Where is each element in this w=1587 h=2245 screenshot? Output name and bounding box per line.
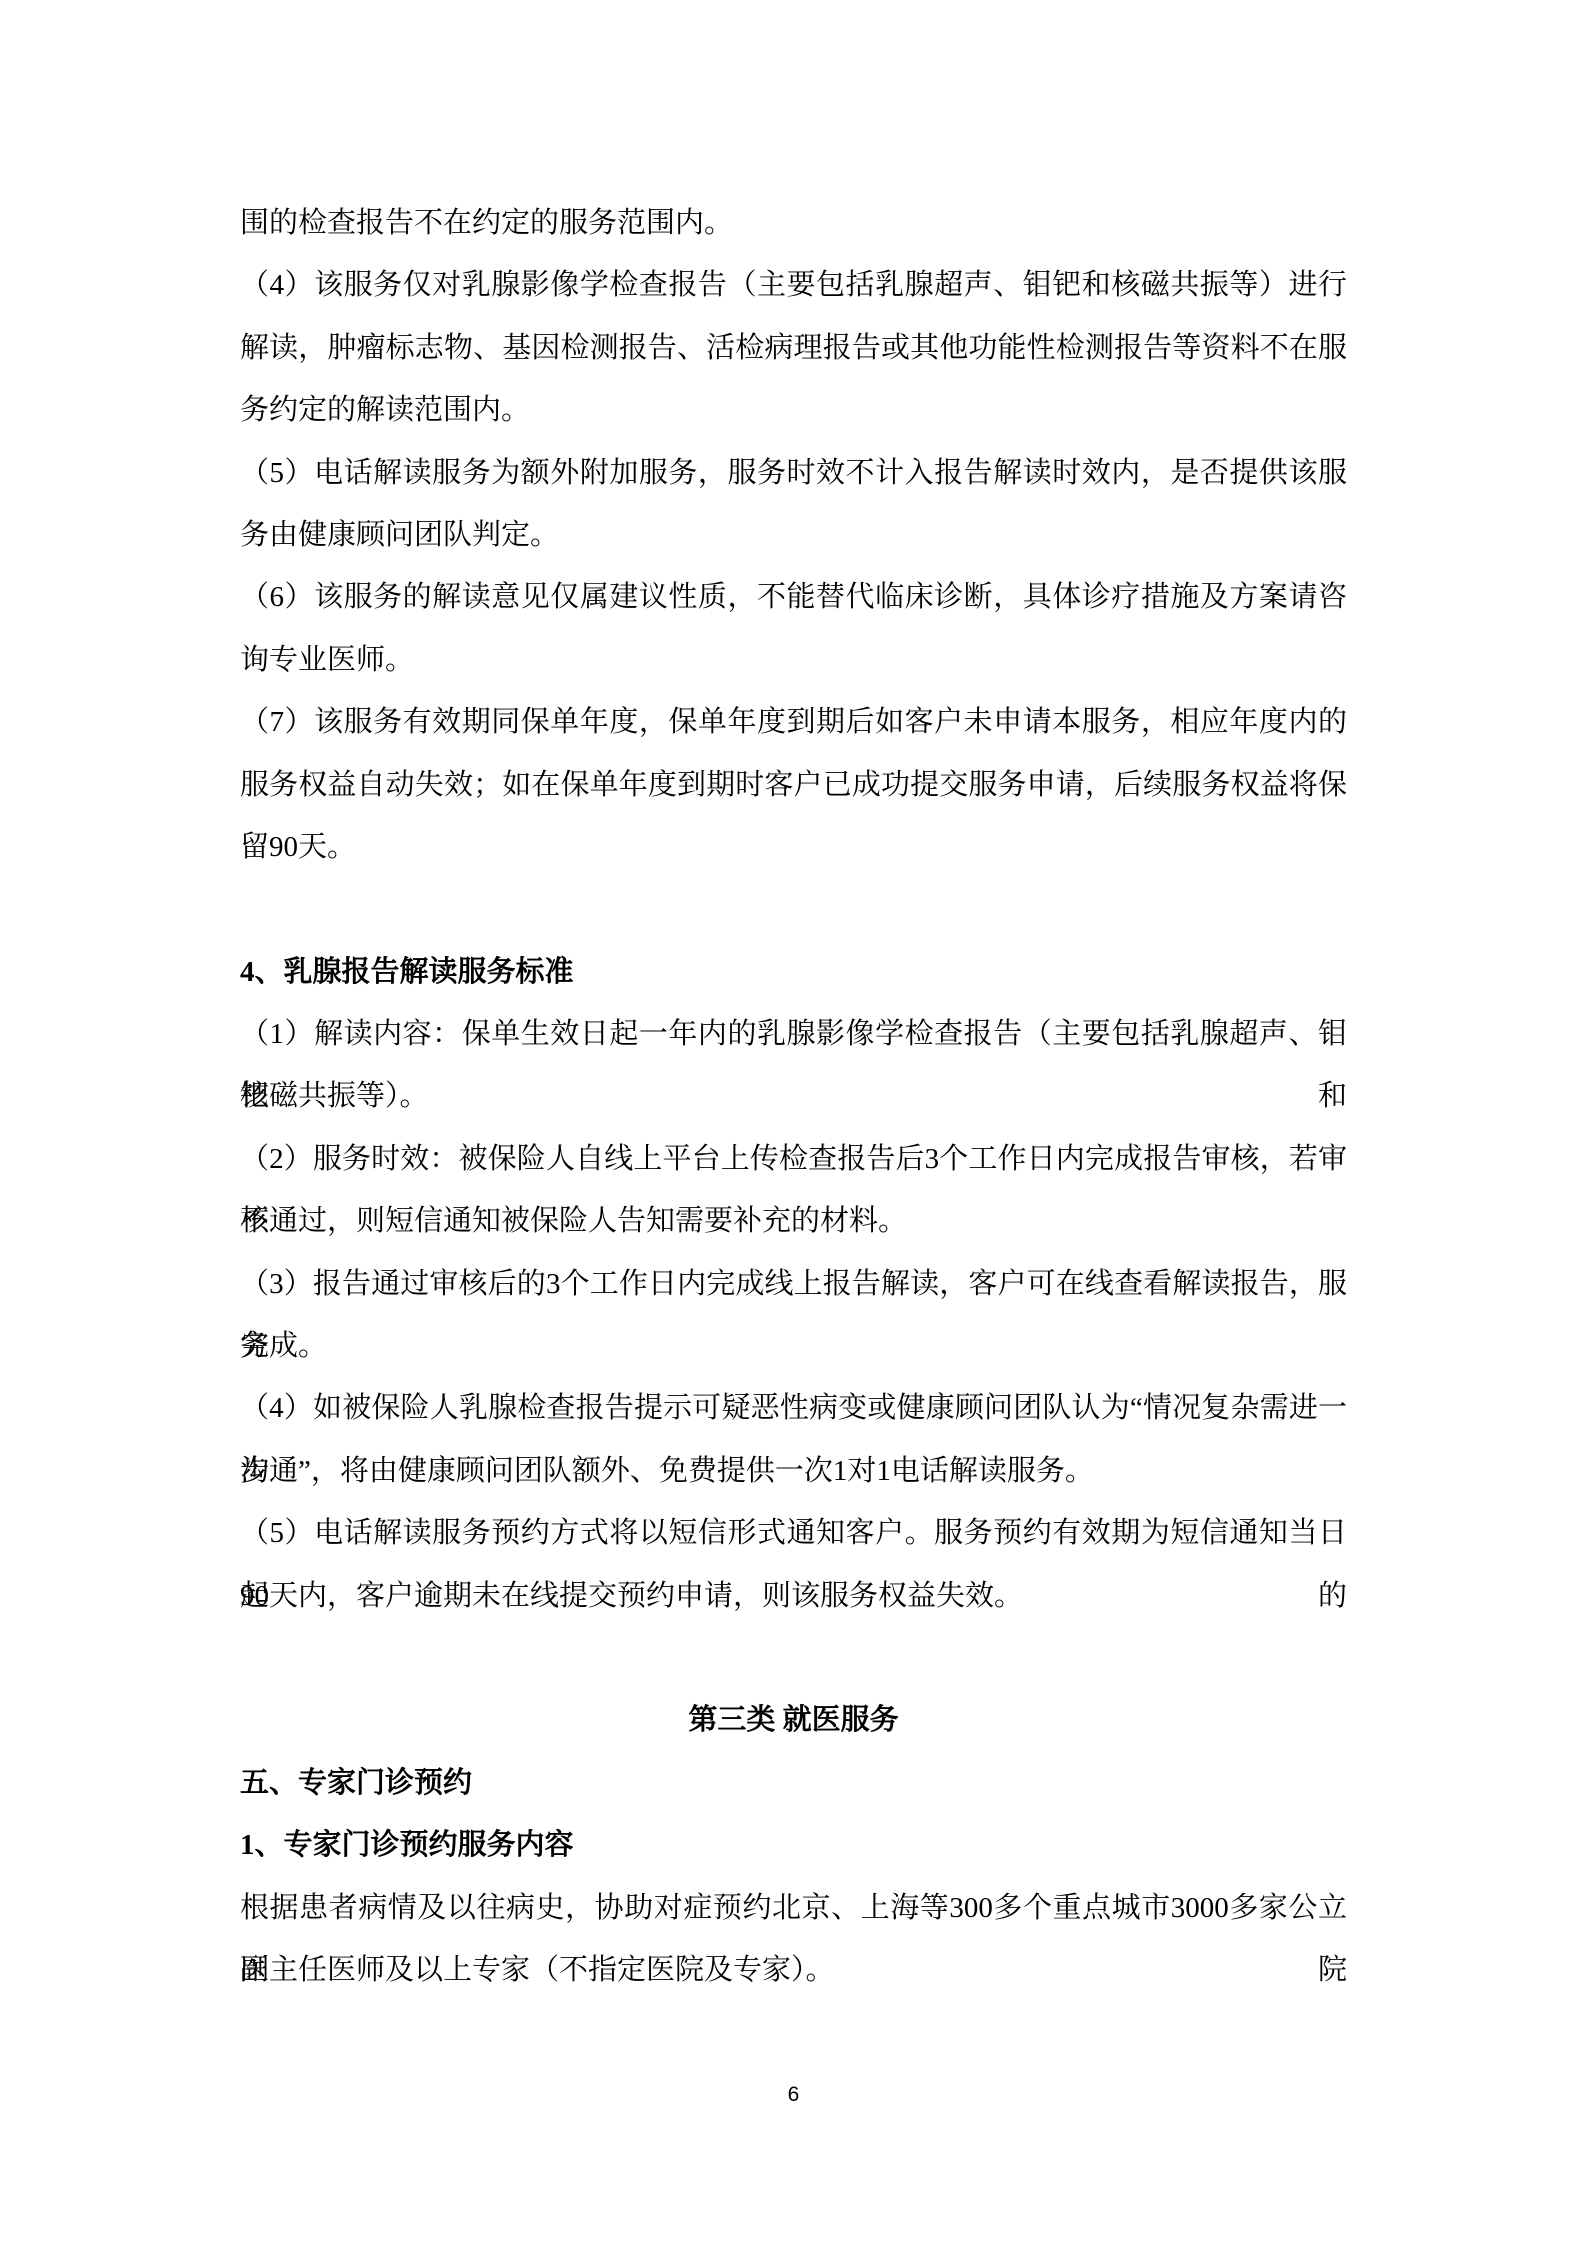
text-line: 沟通”，将由健康顾问团队额外、免费提供一次1对1电话解读服务。 [240, 1440, 1347, 1502]
text-line: 不通过，则短信通知被保险人告知需要补充的材料。 [240, 1190, 1347, 1252]
document-page: 围的检查报告不在约定的服务范围内。（4）该服务仅对乳腺影像学检查报告（主要包括乳… [0, 0, 1587, 2245]
text-line: 根据患者病情及以往病史，协助对症预约北京、上海等300多个重点城市3000多家公… [240, 1877, 1347, 1939]
text-line: （1）解读内容：保单生效日起一年内的乳腺影像学检查报告（主要包括乳腺超声、钼钯和 [240, 1003, 1347, 1065]
text-line: 第三类 就医服务 [240, 1689, 1347, 1751]
text-line: （5）电话解读服务为额外附加服务，服务时效不计入报告解读时效内，是否提供该服 [240, 442, 1347, 504]
page-number: 6 [0, 2082, 1587, 2108]
text-line: （7）该服务有效期同保单年度，保单年度到期后如客户未申请本服务，相应年度内的 [240, 691, 1347, 753]
blank-line [240, 878, 1347, 940]
text-line: （2）服务时效：被保险人自线上平台上传检查报告后3个工作日内完成报告审核，若审核 [240, 1128, 1347, 1190]
text-line: 围的检查报告不在约定的服务范围内。 [240, 192, 1347, 254]
text-line: 1、专家门诊预约服务内容 [240, 1814, 1347, 1876]
text-line: 服务权益自动失效；如在保单年度到期时客户已成功提交服务申请，后续服务权益将保 [240, 754, 1347, 816]
text-line: 解读，肿瘤标志物、基因检测报告、活检病理报告或其他功能性检测报告等资料不在服 [240, 317, 1347, 379]
text-line: 五、专家门诊预约 [240, 1752, 1347, 1814]
text-line: 留90天。 [240, 816, 1347, 878]
text-line: （4）该服务仅对乳腺影像学检查报告（主要包括乳腺超声、钼钯和核磁共振等）进行 [240, 254, 1347, 316]
text-line: （5）电话解读服务预约方式将以短信形式通知客户。服务预约有效期为短信通知当日起的 [240, 1502, 1347, 1564]
text-line: 务约定的解读范围内。 [240, 379, 1347, 441]
text-line: 完成。 [240, 1315, 1347, 1377]
text-line: 务由健康顾问团队判定。 [240, 504, 1347, 566]
text-line: 4、乳腺报告解读服务标准 [240, 941, 1347, 1003]
text-line: 询专业医师。 [240, 629, 1347, 691]
text-line: （3）报告通过审核后的3个工作日内完成线上报告解读，客户可在线查看解读报告，服务 [240, 1253, 1347, 1315]
text-line: （6）该服务的解读意见仅属建议性质，不能替代临床诊断，具体诊疗措施及方案请咨 [240, 566, 1347, 628]
document-body: 围的检查报告不在约定的服务范围内。（4）该服务仅对乳腺影像学检查报告（主要包括乳… [240, 192, 1347, 2001]
text-line: （4）如被保险人乳腺检查报告提示可疑恶性病变或健康顾问团队认为“情况复杂需进一步 [240, 1377, 1347, 1439]
blank-line [240, 1627, 1347, 1689]
